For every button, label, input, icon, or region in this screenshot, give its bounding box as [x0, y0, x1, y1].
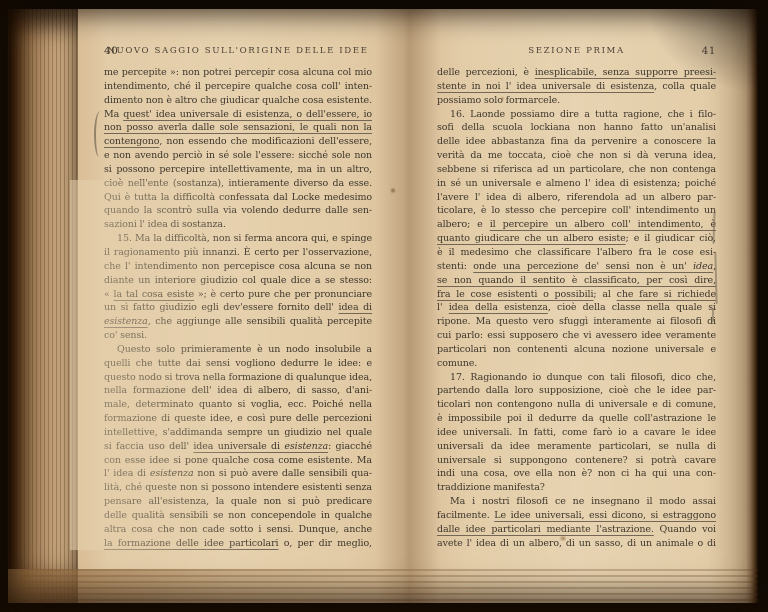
- text-line: « la tal cosa esiste »; è certo pure che…: [104, 288, 372, 302]
- book-photo: 40 NUOVO SAGGIO SULL'ORIGINE DELLE IDEE …: [0, 0, 768, 612]
- bottom-page-edges: [8, 569, 758, 603]
- text-line: diante un interiore giudizio col quale d…: [104, 274, 372, 288]
- text-line: che l' intendimento non percepisce cosa …: [104, 260, 372, 274]
- text-line: traddizione manifesta?: [437, 481, 716, 495]
- text-line: cioè nell'ente (sostanza), intieramente …: [104, 177, 372, 191]
- text-line: co' sensi.: [104, 329, 372, 343]
- text-line: albero; e il percepire un albero coll' i…: [437, 218, 716, 232]
- pencil-margin-mark: [712, 308, 714, 322]
- text-line: avete l' idea di un albero, di un sasso,…: [437, 537, 716, 551]
- text-line: Ma i nostri filosofi ce ne insegnano il …: [437, 495, 716, 509]
- text-line: delle percezioni, è inesplicabile, senza…: [437, 66, 716, 80]
- text-line: e non avendo perciò in sé sole l'essere:…: [104, 149, 372, 163]
- text-line: un sì fatto giudizio egli dev'essere for…: [104, 301, 372, 315]
- text-line: universale si suppongono contenere? si p…: [437, 454, 716, 468]
- text-line: nella formazione dell' idea di albero, d…: [104, 384, 372, 398]
- text-line: l' idea della esistenza, cioè della clas…: [437, 301, 716, 315]
- right-running-header: SEZIONE PRIMA 41: [437, 46, 716, 60]
- text-line: sebbene si riferisca ad un particolare, …: [437, 163, 716, 177]
- text-line: 16. Laonde possiamo dire a tutta ragione…: [437, 108, 716, 122]
- text-line: stenti: onde una percezione de' sensi no…: [437, 260, 716, 274]
- text-line: idee universali. In fatti, come farò io …: [437, 426, 716, 440]
- text-line: quando la scontrò sulla via volendo dedu…: [104, 204, 372, 218]
- text-line: con esse idee si pone qualche cosa come …: [104, 454, 372, 468]
- text-line: indi una cosa, ove ella non è? non ci ha…: [437, 467, 716, 481]
- text-line: cui parlo: essi supposero che vi avesser…: [437, 329, 716, 343]
- text-line: è il medesimo che classificare l'albero …: [437, 246, 716, 260]
- text-line: si possono percepire intellettivamente, …: [104, 163, 372, 177]
- text-line: comune.: [437, 357, 716, 371]
- text-line: quanto giudicare che un albero esiste; e…: [437, 232, 716, 246]
- text-line: me percepite »: non potrei percepir cosa…: [104, 66, 372, 80]
- text-line: partendo dalla loro supposizione, cioè c…: [437, 384, 716, 398]
- text-line: ripone. Ma questo vero sfuggì interament…: [437, 315, 716, 329]
- text-line: 17. Ragionando io dunque con tali filoso…: [437, 371, 716, 385]
- text-line: verità da me toccata, cioè che non si dà…: [437, 149, 716, 163]
- text-line: la formazione delle idee particolari o, …: [104, 537, 372, 551]
- text-line: non posso averla dalle sole sensazioni, …: [104, 121, 372, 135]
- text-line: il ragionamento più innanzi. È certo per…: [104, 246, 372, 260]
- text-line: formazione di queste idee, e così pure d…: [104, 412, 372, 426]
- left-header-title: NUOVO SAGGIO SULL'ORIGINE DELLE IDEE: [104, 46, 372, 56]
- text-line: stente in noi l' idea universale di esis…: [437, 80, 716, 94]
- text-line: particolari non contenenti alcuna nozion…: [437, 343, 716, 357]
- right-page-number: 41: [702, 45, 716, 57]
- text-line: si faccia uso dell' idea universale di e…: [104, 440, 372, 454]
- page-fore-edges: [8, 9, 80, 603]
- text-line: l'avere l' idea di albero, riferendola a…: [437, 191, 716, 205]
- text-line: è impossibile poi il dedurre da quelle c…: [437, 412, 716, 426]
- text-line: dimento non è altro che giudicar qualche…: [104, 94, 372, 108]
- text-line: Ma quest' idea universale di esistenza, …: [104, 108, 372, 122]
- text-line: ticolare, è lo stesso che percepire coll…: [437, 204, 716, 218]
- text-line: lità, ché queste non si possono intender…: [104, 481, 372, 495]
- right-header-title: SEZIONE PRIMA: [437, 46, 716, 56]
- text-line: universali da idee meramente particolari…: [437, 440, 716, 454]
- text-line: l' idea di esistenza non si può avere da…: [104, 467, 372, 481]
- left-page-text: me percepite »: non potrei percepir cosa…: [104, 66, 372, 551]
- text-line: intendimento, ché il percepire qualche c…: [104, 80, 372, 94]
- right-page-text: delle percezioni, è inesplicabile, senza…: [437, 66, 716, 551]
- text-line: fra le cose esistenti o possibili; al ch…: [437, 288, 716, 302]
- text-line: delle qualità sensibili se non concepend…: [104, 509, 372, 523]
- right-page-edge: [746, 9, 758, 603]
- text-line: esistenza, che aggiunge alle sensibili q…: [104, 315, 372, 329]
- text-line: delle idee abbastanza fina da pervenire …: [437, 135, 716, 149]
- text-line: facilmente. Le idee universali, essi dic…: [437, 509, 716, 523]
- text-line: 15. Ma la difficoltà, non si ferma ancor…: [104, 232, 372, 246]
- text-line: Qui è tutta la difficoltà confessata dal…: [104, 191, 372, 205]
- text-line: in sé un universale e almeno l' idea di …: [437, 177, 716, 191]
- text-line: quelli che tutte dai sensi vogliono dedu…: [104, 357, 372, 371]
- text-line: sofi della scuola lockiana non hanno fat…: [437, 121, 716, 135]
- text-line: possiamo solo formarcele.: [437, 94, 716, 108]
- text-line: contengono, non essendo che modificazion…: [104, 135, 372, 149]
- text-line: Questo solo primieramente è un nodo inso…: [104, 343, 372, 357]
- pencil-margin-bracket: [94, 111, 103, 157]
- left-running-header: 40 NUOVO SAGGIO SULL'ORIGINE DELLE IDEE: [104, 46, 372, 60]
- text-line: questo nodo si trova nella formazione di…: [104, 371, 372, 385]
- left-page-number: 40: [104, 45, 118, 57]
- book-gutter: [376, 9, 440, 603]
- text-line: sazioni l' idea di sostanza.: [104, 218, 372, 232]
- text-line: se non quando il sentito è classificato,…: [437, 274, 716, 288]
- text-line: altra cosa che non cade sotto i sensi. D…: [104, 523, 372, 537]
- text-line: male, determinato quanto si voglia, ecc.…: [104, 398, 372, 412]
- text-line: intellettive, s'addimanda sempre un giud…: [104, 426, 372, 440]
- text-line: ticolari non contengono nulla di univers…: [437, 398, 716, 412]
- text-line: pensare all'esistenza, la quale non si p…: [104, 495, 372, 509]
- text-line: dalle idee particolari mediante l'astraz…: [437, 523, 716, 537]
